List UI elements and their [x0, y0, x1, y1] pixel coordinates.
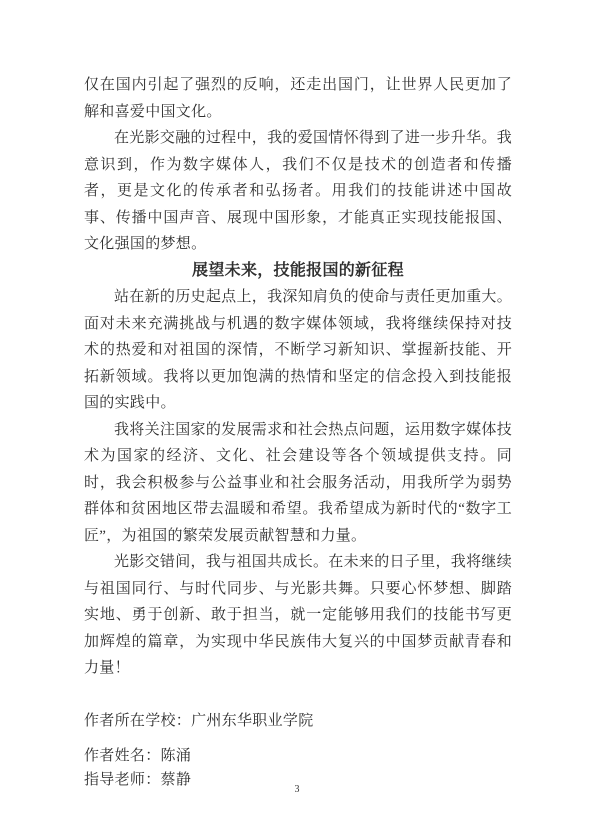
document-page: 仅在国内引起了强烈的反响，还走出国门，让世界人民更加了解和喜爱中国文化。 在光影…	[0, 0, 594, 840]
author-name-value: 陈涌	[161, 748, 192, 764]
page-number: 3	[295, 784, 300, 795]
section-heading: 展望未来，技能报国的新征程	[84, 258, 512, 285]
author-school-label: 作者所在学校：	[84, 713, 191, 729]
author-name-line: 作者姓名：陈涌	[84, 744, 512, 768]
document-body: 仅在国内引起了强烈的反响，还走出国门，让世界人民更加了解和喜爱中国文化。 在光影…	[84, 72, 512, 792]
paragraph-closing: 光影交错间，我与祖国共成长。在未来的日子里，我将继续与祖国同行、与时代同步、与光…	[84, 549, 512, 682]
author-school-line: 作者所在学校：广州东华职业学院	[84, 709, 512, 733]
paragraph-guangying-jiaorong: 在光影交融的过程中，我的爱国情怀得到了进一步升华。我意识到，作为数字媒体人，我们…	[84, 125, 512, 258]
paragraph-continuation: 仅在国内引起了强烈的反响，还走出国门，让世界人民更加了解和喜爱中国文化。	[84, 72, 512, 125]
paragraph-national-development: 我将关注国家的发展需求和社会热点问题，运用数字媒体技术为国家的经济、文化、社会建…	[84, 417, 512, 550]
paragraph-new-starting-point: 站在新的历史起点上，我深知肩负的使命与责任更加重大。面对未来充满挑战与机遇的数字…	[84, 284, 512, 417]
author-school-value: 广州东华职业学院	[191, 713, 313, 729]
author-name-label: 作者姓名：	[84, 748, 161, 764]
page-footer: 3	[0, 779, 594, 797]
